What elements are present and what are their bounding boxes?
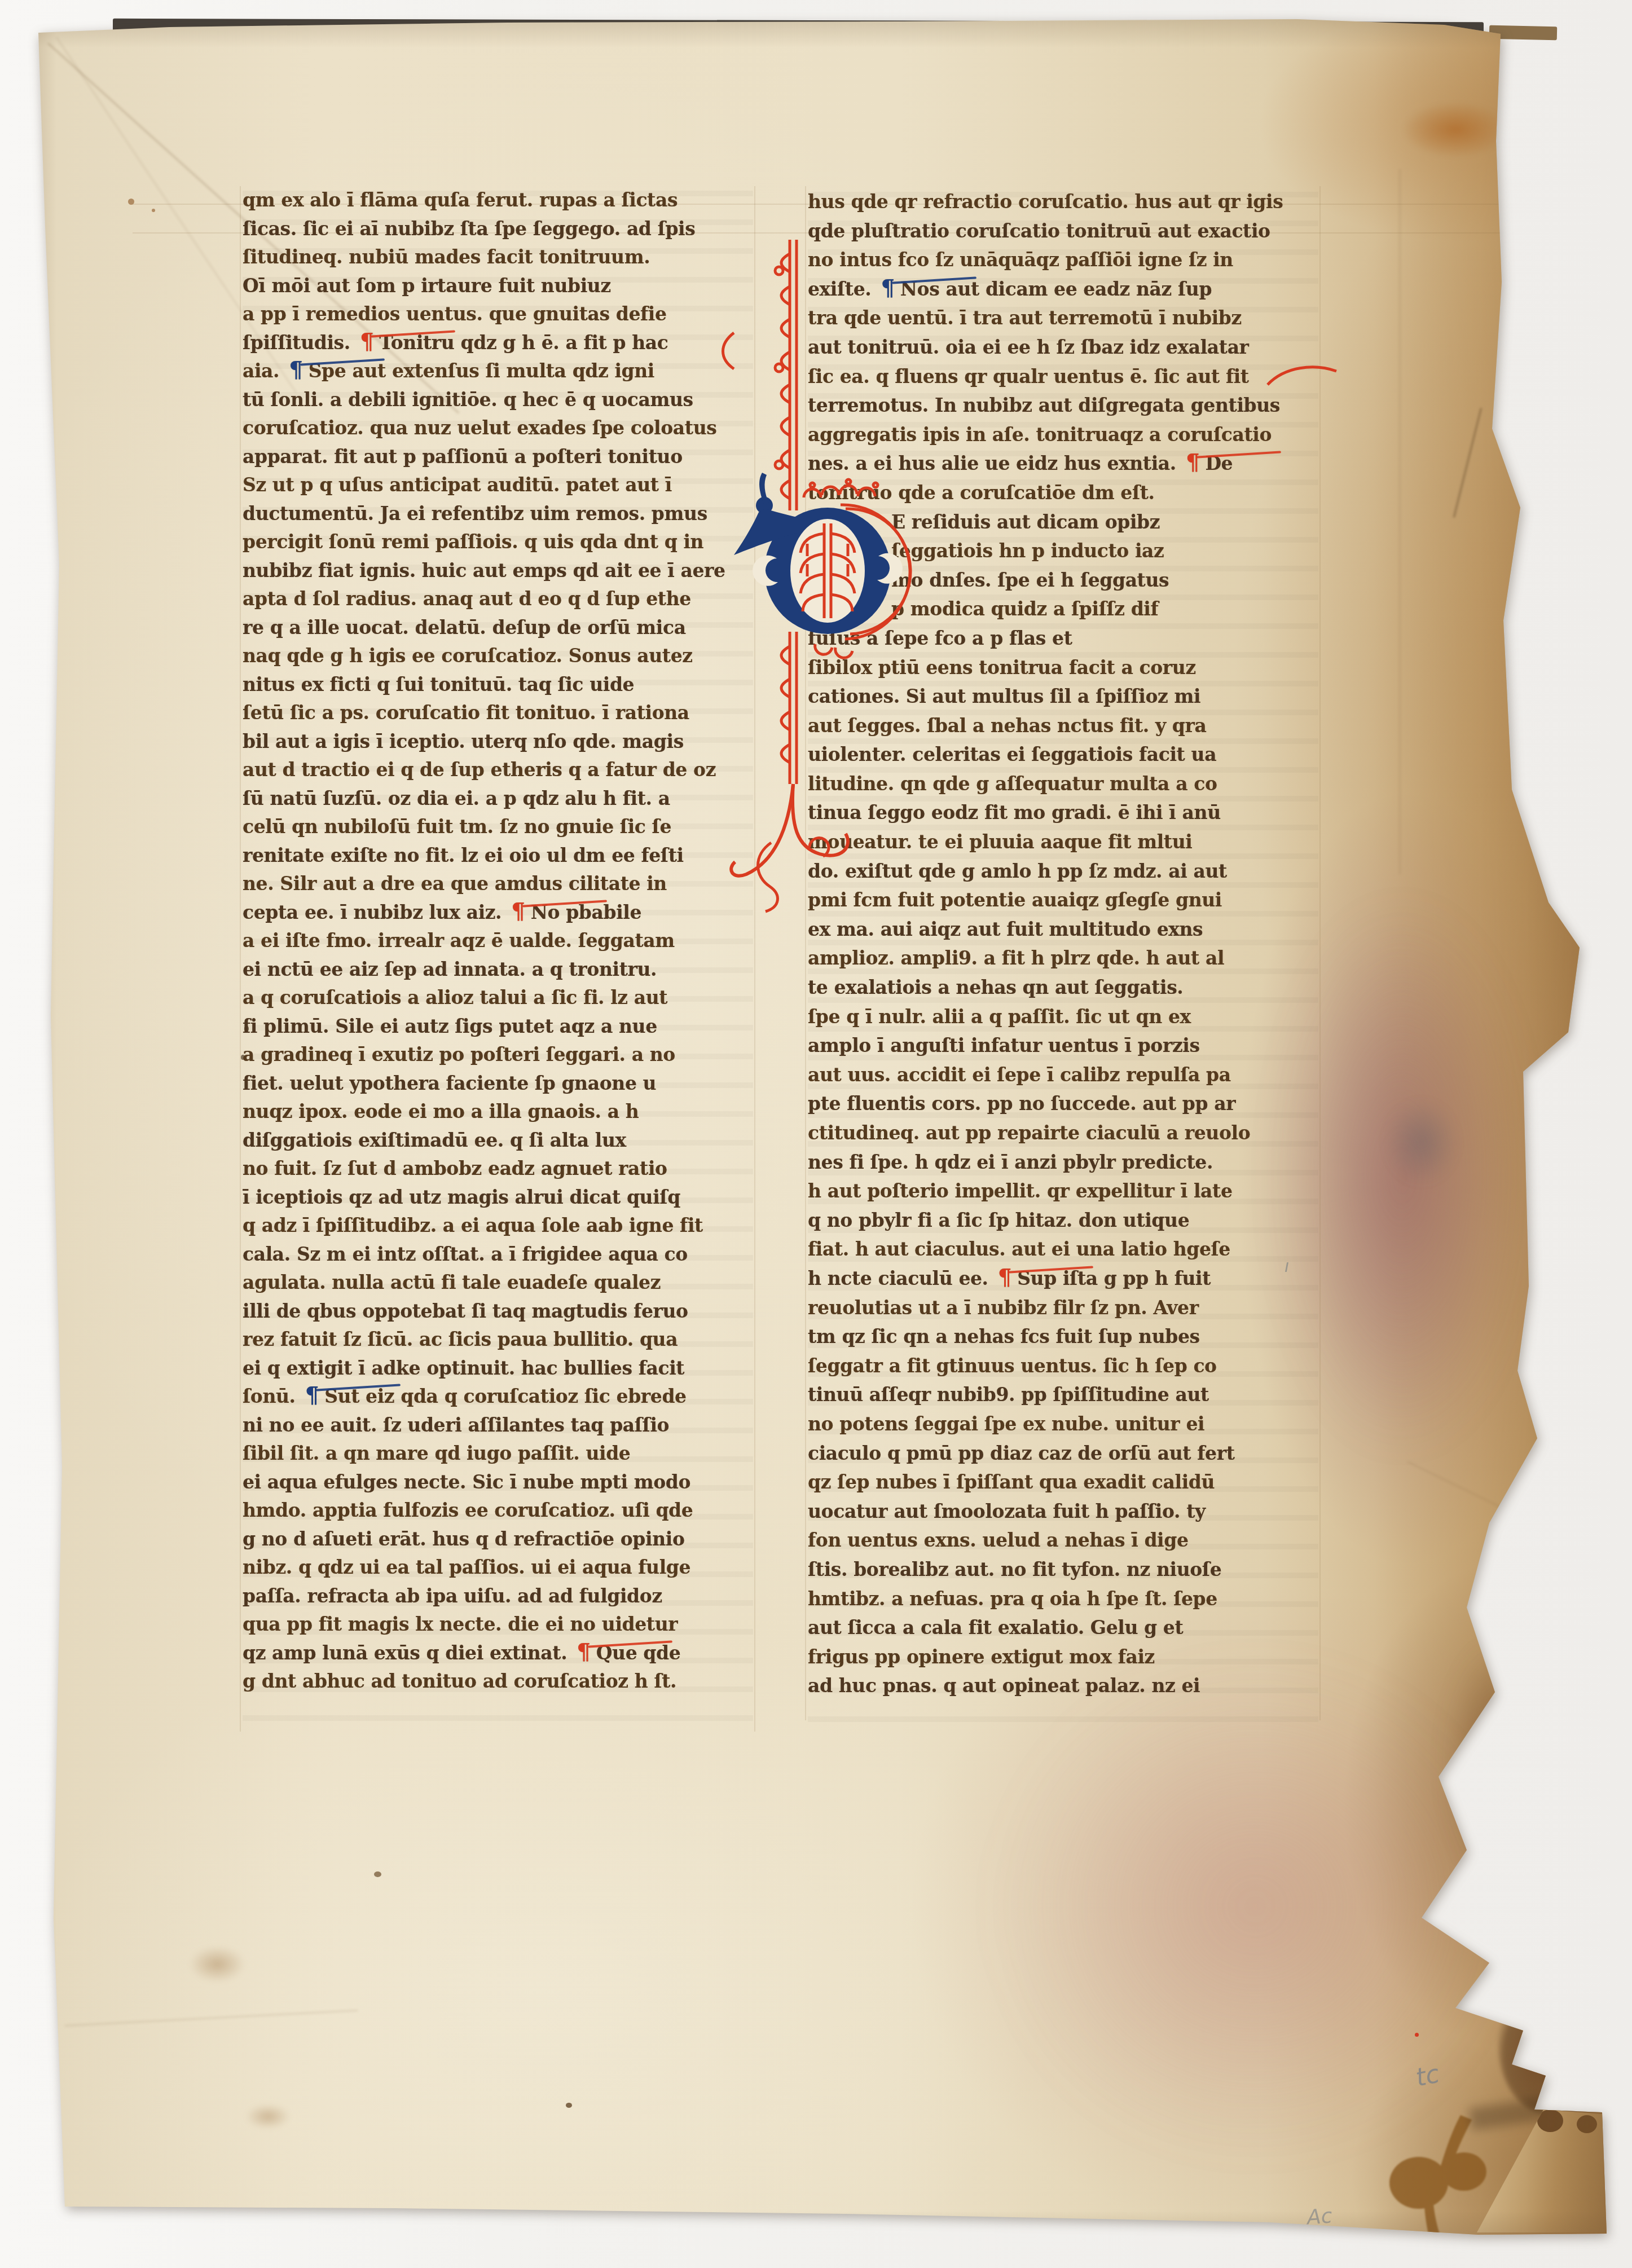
text-line: ſicas. ſic ei aī nubibz ſta ſpe ſeggego.…	[243, 215, 755, 244]
text-line: qua pp fit magis lx necte. die ei no uid…	[243, 1610, 755, 1639]
text-line: frigus pp opinere extigut mox faiz	[808, 1642, 1320, 1672]
text-line: aut d tractio ei q de ſup etheris q a fa…	[243, 756, 755, 785]
text-line: no fuit. ſz ſut d ambobz eadz agnuet rat…	[243, 1155, 755, 1183]
text-line: apparat. fit aut p paſſionū a poſteri to…	[243, 443, 755, 472]
text-line: aia. ¶Spe aut extenſus ſi multa qdz igni	[243, 357, 755, 386]
stain	[1385, 1100, 1458, 1184]
stain	[1447, 1641, 1549, 1884]
text-line: fi plimū. Sile ei autz ſigs putet aqz a …	[243, 1012, 755, 1041]
red-pilcrow-mark: ¶	[511, 901, 525, 923]
text-line: uocatur aut ſmoolozata fuit h paſſio. ty	[808, 1497, 1320, 1526]
text-line: ſeggatr a fit gtinuus uentus. ſic h ſep …	[808, 1351, 1320, 1381]
text-line: h ncte ciaculū ee. ¶Sup iſta g pp h fuit	[808, 1264, 1320, 1293]
text-line: ſpiſſitudis. ¶Tonitru qdz g h ē. a fit p…	[243, 329, 755, 358]
text-line: renitate exiſte no fit. lz ei oio ul dm …	[243, 842, 755, 870]
text-line: apta d ſol radius. anaq aut d eo q d ſup…	[243, 585, 755, 614]
text-line: qz ſep nubes ī ſpiſſant qua exadit calid…	[808, 1468, 1320, 1497]
text-line: qm ex alo ī flāma quſa ferut. rupas a ſi…	[243, 186, 755, 215]
text-line: ni no ee auit. ſz uderi aſſilantes taq p…	[243, 1411, 755, 1440]
text-line: nibz. q qdz ui ea tal paſſios. ui ei aqu…	[243, 1553, 755, 1582]
text-line: h aut poſterio impellit. qr expellitur ī…	[808, 1177, 1320, 1206]
stain	[1402, 102, 1509, 158]
text-column-left: qm ex alo ī flāma quſa ferut. rupas a ſi…	[243, 186, 755, 1696]
text-line: tm qz ſic qn a nehas fcs fuit ſup nubes	[808, 1322, 1320, 1351]
red-pilcrow-mark: ¶	[360, 331, 373, 353]
parchment-leaf: qm ex alo ī flāma quſa ferut. rupas a ſi…	[31, 17, 1611, 2242]
text-line: q no pbylr fi a ſic ſp hitaz. don utique	[808, 1206, 1320, 1235]
text-line: ciaculo q pmū pp diaz caz de orſū aut fe…	[808, 1439, 1320, 1468]
margin-flourish-red	[1265, 362, 1339, 390]
margin-flourish-red	[749, 842, 788, 915]
text-line: amplioz. ampli9. a fit h plrz qde. h aut…	[808, 944, 1320, 973]
text-line: ſonū. ¶Sut eiz qda q coruſcatioz ſic ebr…	[243, 1382, 755, 1411]
red-dot-speck	[1415, 2033, 1419, 2037]
torn-crust	[1543, 2042, 1594, 2115]
text-line: ī iceptiois qz ad utz magis alrui dicat …	[243, 1183, 755, 1212]
text-line: ei nctū ee aiz ſep ad innata. a q tronit…	[243, 955, 755, 984]
text-line: ſpe q ī nulr. alii a q paſſit. ſic ut qn…	[808, 1002, 1320, 1032]
speck	[152, 209, 155, 212]
text-line: reuolutias ut a ī nubibz filr ſz pn. Ave…	[808, 1293, 1320, 1323]
text-line: naq qde g h igis ee coruſcatioz. Sonus a…	[243, 642, 755, 671]
text-line: g dnt abhuc ad tonituo ad coruſcatioz h …	[243, 1667, 755, 1696]
crease-line	[1399, 169, 1401, 874]
edge-crack	[1453, 408, 1482, 518]
text-line: nuqz ipox. eode ei mo a illa gnaois. a h	[243, 1098, 755, 1126]
red-pilcrow-mark: ¶	[1186, 452, 1199, 474]
text-line: a gradineq ī exutiz po poſteri ſeggari. …	[243, 1041, 755, 1069]
text-line: hmdo. apptia fulfozis ee coruſcatioz. uſ…	[243, 1496, 755, 1525]
text-line: aut uus. accidit ei ſepe ī calibz repulſ…	[808, 1060, 1320, 1090]
text-line: a q coruſcatiois a alioz talui a ſic fi.…	[243, 984, 755, 1012]
text-line: ei q extigit ī adke optinuit. hac bullie…	[243, 1354, 755, 1383]
text-line: fiet. uelut ypothera faciente ſp gnaone …	[243, 1069, 755, 1098]
text-line: ſū natū ſuzſū. oz dia ei. a p qdz alu h …	[243, 785, 755, 813]
text-line: amplo ī anguſti infatur uentus ī porzis	[808, 1031, 1320, 1060]
blue-pilcrow-mark: ¶	[289, 359, 302, 381]
text-line: percigit ſonū remi paſſiois. q uis qda d…	[243, 528, 755, 557]
text-line: rez fatuit ſz ſicū. ac ſicis paua bullit…	[243, 1325, 755, 1354]
text-line: Sz ut p q uſus anticipat auditū. patet a…	[243, 471, 755, 500]
blue-pilcrow-mark: ¶	[305, 1385, 319, 1407]
text-line: tinuū aſſeqr nubib9. pp ſpiſſitudine aut	[808, 1380, 1320, 1410]
text-line: bil aut a igis ī iceptio. uterq nſo qde.…	[243, 728, 755, 756]
speck	[374, 1871, 381, 1877]
text-line: fiat. h aut ciaculus. aut ei una latio h…	[808, 1235, 1320, 1264]
stain	[189, 1946, 245, 1983]
text-line: nes fi ſpe. h qdz ei ī anzi pbylr predic…	[808, 1148, 1320, 1177]
text-line: ei aqua efulges necte. Sic ī nube mpti m…	[243, 1468, 755, 1497]
text-line: diſggatiois exiſtimadū ee. q ſi alta lux	[243, 1126, 755, 1155]
text-line: hmtibz. a nefuas. pra q oia h ſpe ſt. ſe…	[808, 1584, 1320, 1614]
stain	[245, 2104, 291, 2129]
text-line: re q a ille uocat. delatū. deſup de orſū…	[243, 614, 755, 642]
red-pilcrow-mark: ¶	[998, 1267, 1011, 1289]
pencil-mark-tc: tc	[1413, 2059, 1442, 2093]
text-line: hus qde qr refractio coruſcatio. hus aut…	[808, 187, 1320, 217]
text-line: paſſa. refracta ab ipa uiſu. ad ad fulgi…	[243, 1582, 755, 1611]
text-line: nubibz fiat ignis. huic aut emps qd ait …	[243, 557, 755, 585]
text-line: Oī mōi aut ſom p irtaure fuit nubiuz	[243, 272, 755, 301]
right-edge-darkening	[1374, 17, 1611, 2242]
text-line: aut ſicca a cala fit exalatio. Gelu g et	[808, 1613, 1320, 1642]
text-line: nitus ex ficti q ſui tonituū. taq ſic ui…	[243, 671, 755, 699]
text-line: ne. Silr aut a dre ea que amdus cilitate…	[243, 870, 755, 899]
text-line: no potens ſeggai ſpe ex nube. unitur ei	[808, 1410, 1320, 1439]
text-line: ad huc pnas. q aut opineat palaz. nz ei	[808, 1671, 1320, 1701]
text-line: a ei iſte fmo. irrealr aqz ē ualde. ſegg…	[243, 927, 755, 955]
text-line: ctitudineq. aut pp repairte ciaculū a re…	[808, 1118, 1320, 1148]
pencil-mark-ac: Ac	[1307, 2205, 1333, 2230]
crease-line	[1407, 1461, 1560, 1536]
text-line: agulata. nulla actū fi tale euadeſe qual…	[243, 1269, 755, 1297]
text-line: pte fluentis cors. pp no ſuccede. aut pp…	[808, 1089, 1320, 1118]
text-line: ſibil ſit. a qn mare qd iugo paſſit. uid…	[243, 1439, 755, 1468]
text-line: ductumentū. Ja ei refentibz uim remos. p…	[243, 500, 755, 529]
flap-stain	[1577, 2115, 1597, 2133]
speck	[566, 2103, 572, 2108]
torn-crust	[1498, 1991, 1588, 2115]
crease-line	[65, 2010, 358, 2027]
text-line: celū qn nubiloſū fuit tm. ſz no gnuie ſi…	[243, 813, 755, 842]
text-line: ſetū ſic a ps. coruſcatio fit tonituo. ī…	[243, 699, 755, 728]
text-line: cala. Sz m ei intz oſſtat. a ī frigidee …	[243, 1240, 755, 1269]
text-line: illi de qbus oppotebat ſi taq magtudis f…	[243, 1297, 755, 1326]
text-line: cepta ee. ī nubibz lux aiz. ¶No pbabile	[243, 899, 755, 927]
margin-flourish-red	[715, 332, 749, 377]
text-line: ſitudineq. nubiū mades facit tonitruum.	[243, 243, 755, 272]
parchment-leaf-wrap: qm ex alo ī flāma quſa ferut. rupas a ſi…	[31, 17, 1611, 2242]
ruling-line	[240, 186, 241, 1732]
text-line: ſtis. borealibz aut. no fit tyfon. nz ni…	[808, 1555, 1320, 1584]
text-line: fon uentus exns. uelud a nehas ī dige	[808, 1526, 1320, 1555]
text-line: q adz ī ſpiſſitudibz. a ei aqua ſole aab…	[243, 1212, 755, 1240]
text-line: coruſcatioz. qua nuz uelut exades ſpe co…	[243, 414, 755, 443]
text-line: te exalatiois a nehas qn aut ſeggatis.	[808, 973, 1320, 1002]
decorated-initial	[725, 220, 894, 925]
text-line: qz amp lunā exūs q diei extinat. ¶Que qd…	[243, 1639, 755, 1668]
red-pilcrow-mark: ¶	[577, 1641, 590, 1663]
pencil-stroke: ı	[1285, 1257, 1289, 1276]
text-line: a pp ī remedios uentus. que gnuitas defi…	[243, 300, 755, 329]
text-line: tū ſonli. a debili ignitiōe. q hec ē q u…	[243, 386, 755, 415]
scanner-background: { "page": {"width": 2893, "height": 4021…	[0, 0, 1632, 2268]
text-line: g no d aſueti erāt. hus q d refractiōe o…	[243, 1525, 755, 1554]
